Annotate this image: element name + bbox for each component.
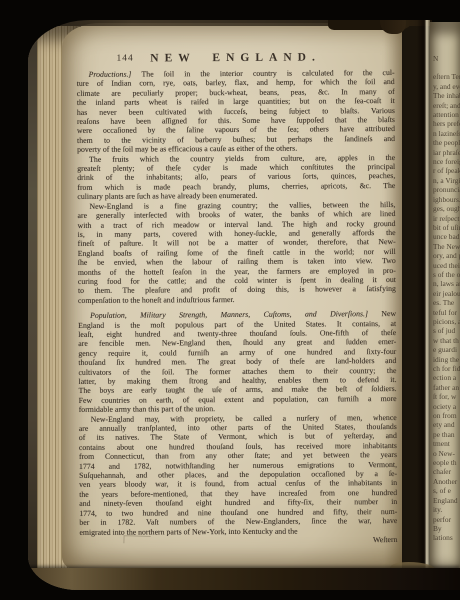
facing-page-strip: Neſtern Territy, and everyThe inhabiereſ… <box>430 22 460 582</box>
facing-text-line: r of ſpeaki <box>433 166 460 175</box>
running-title: NEW ENGLAND. <box>77 51 395 65</box>
facing-text-line: chaſer <box>433 467 460 476</box>
facing-text-line: o New- <box>433 449 460 458</box>
facing-text-line: uced their <box>433 261 460 270</box>
facing-text-line: ir reſpect <box>433 214 460 223</box>
facing-text-line: s of the o <box>433 270 460 279</box>
facing-text-line: bit of uſing <box>433 223 460 232</box>
facing-text-line: ighbours. <box>433 195 460 204</box>
paragraph: New-England is a fine grazing country; t… <box>77 200 396 305</box>
photo-background: 144 NEW ENGLAND. Productions.] The ſoil … <box>0 0 460 600</box>
facing-text-line: picions, a <box>433 317 460 326</box>
facing-text-line: the people <box>433 138 460 147</box>
facing-text-line: tment <box>433 439 460 448</box>
facing-text-line: ety and <box>433 420 460 429</box>
facing-running-title-fragment: N <box>433 54 460 63</box>
facing-text-line: attention t <box>433 110 460 119</box>
text-line: compenſation to the honeſt and induſtrio… <box>78 294 396 305</box>
page-header: 144 NEW ENGLAND. <box>77 51 395 65</box>
facing-text-line: The inhabi <box>433 91 460 100</box>
facing-text-line: eſtern Territ <box>433 72 460 81</box>
page-gutter <box>384 20 430 590</box>
facing-text-line: w that th <box>433 336 460 345</box>
facing-text-line: nce foreig <box>433 157 460 166</box>
facing-text-line: England <box>433 496 460 505</box>
book-page: 144 NEW ENGLAND. Productions.] The ſoil … <box>62 23 402 571</box>
facing-text-line: Another <box>433 477 460 486</box>
facing-text-line: n, a Virgi <box>433 176 460 185</box>
facing-text-line: y, and every <box>433 82 460 91</box>
facing-text-line: perfor <box>433 515 460 524</box>
book-bottom-edge <box>28 568 460 590</box>
facing-text-line: s, of e <box>433 486 460 495</box>
facing-text-line: s of jud <box>433 326 460 335</box>
facing-text-line: teful for <box>433 308 460 317</box>
facing-text-line: n lazineſs, <box>433 129 460 138</box>
facing-text-line: ch for fid <box>433 364 460 373</box>
facing-text-line: father an <box>433 383 460 392</box>
page-body: Productions.] The ſoil in the interior c… <box>77 68 398 546</box>
facing-text-line: iding the <box>433 355 460 364</box>
book-cover-edge <box>28 20 37 590</box>
facing-text-line: ory, and p <box>433 251 460 260</box>
facing-text-line: ges, ought <box>433 204 460 213</box>
facing-text-line: on from <box>433 411 460 420</box>
text-line: to them. The pleaſure and profit of doin… <box>78 284 396 295</box>
facing-text-line: unce bad <box>433 232 460 241</box>
printed-page-content: 144 NEW ENGLAND. Productions.] The ſoil … <box>60 22 403 572</box>
paragraph: Productions.] The ſoil in the interior c… <box>77 68 396 155</box>
facing-text-line: The New <box>433 242 460 251</box>
paragraph: Population, Military Strength, Manners, … <box>78 309 397 414</box>
facing-text-line: ity. <box>433 505 460 514</box>
facing-text-line: ereſt; and <box>433 101 460 110</box>
facing-text-line: hers prefe <box>433 119 460 128</box>
facing-text-line: e guardi <box>433 345 460 354</box>
facing-text-line: n, laws an <box>433 279 460 288</box>
text-line: ber in 1782. Vaſt numbers of the New-Eng… <box>79 516 397 527</box>
facing-text-line: es. The <box>433 298 460 307</box>
facing-text-line: pronuncia <box>433 185 460 194</box>
section-heading: Productions.] <box>89 70 132 79</box>
pencil-smudge <box>123 535 150 544</box>
facing-text-line: ociety a <box>433 402 460 411</box>
facing-page-text: Neſtern Territy, and everyThe inhabiereſ… <box>433 54 460 543</box>
facing-text-line: iar phraſes <box>433 148 460 157</box>
open-book: 144 NEW ENGLAND. Productions.] The ſoil … <box>28 20 460 590</box>
facing-text-line: eir jealou <box>433 289 460 298</box>
facing-text-line: pe than <box>433 430 460 439</box>
paragraph: New-England may, with propriety, be call… <box>79 413 398 537</box>
facing-text-line: By <box>433 524 460 533</box>
facing-text-line: eople th <box>433 458 460 467</box>
facing-text-line: ſt for, w <box>433 392 460 401</box>
paragraph: The fruits which the country yields from… <box>77 153 395 202</box>
facing-text-line: ection a <box>433 373 460 382</box>
facing-text-line: lations <box>433 533 460 542</box>
